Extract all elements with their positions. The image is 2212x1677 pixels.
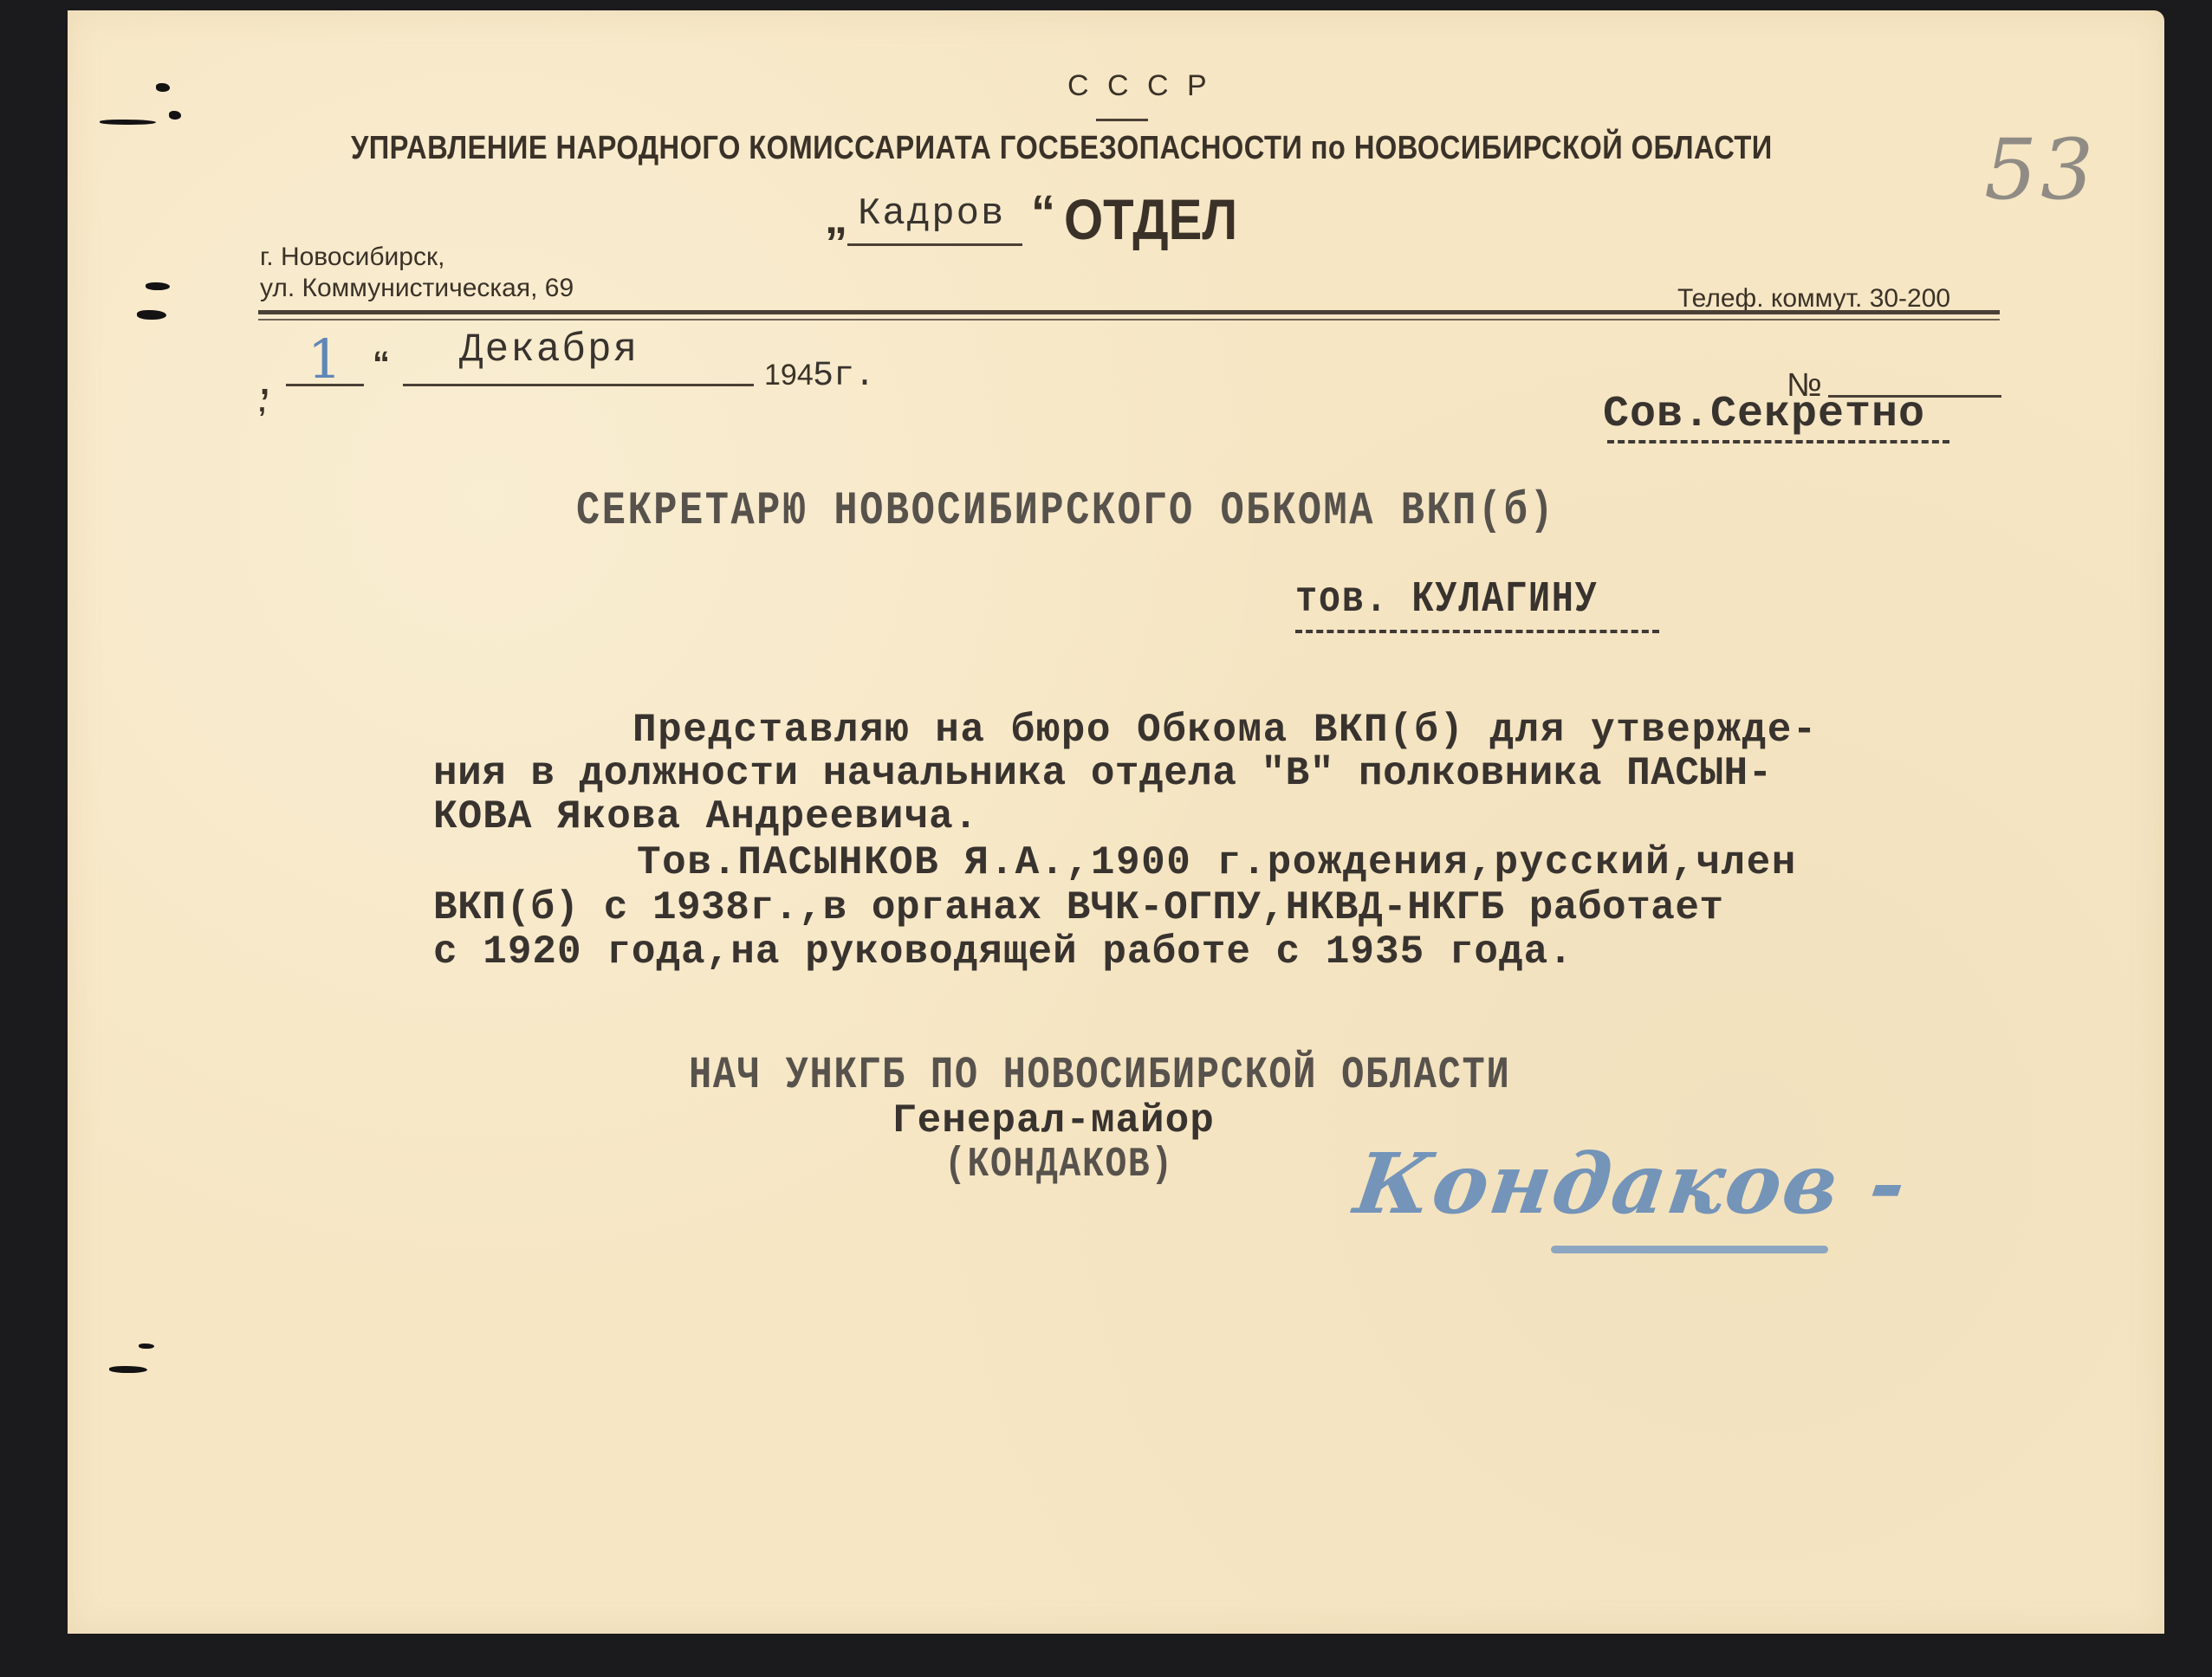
- letterhead-country: С С С Р: [1067, 69, 1212, 103]
- body-line: Представляю на бюро Обкома ВКП(б) для ут…: [632, 708, 1818, 753]
- punch-hole: [137, 310, 166, 320]
- letterhead-rule-thin: [258, 319, 2000, 321]
- country-underline: [1096, 119, 1148, 121]
- date-month-line: [403, 384, 754, 386]
- signatory-name: (КОНДАКОВ): [944, 1142, 1174, 1188]
- body-line: ния в должности начальника отдела "В" по…: [433, 751, 1773, 796]
- addressee-underline: [1295, 630, 1659, 637]
- addressee-line2: тов. КУЛАГИНУ: [1295, 575, 1599, 625]
- date-day: 1: [308, 327, 341, 391]
- address-city: г. Новосибирск,: [260, 243, 444, 272]
- punch-hole: [169, 111, 181, 120]
- address-street: ул. Коммунистическая, 69: [260, 274, 574, 303]
- addressee-line1: СЕКРЕТАРЮ НОВОСИБИРСКОГО ОБКОМА ВКП(б): [576, 485, 1555, 538]
- punch-hole: [139, 1344, 154, 1349]
- archive-page-number: 53: [1984, 121, 2097, 218]
- body-line: с 1920 года,на руководящей работе с 1935…: [433, 929, 1573, 974]
- punch-hole: [156, 83, 170, 92]
- signature-flourish: [1551, 1246, 1828, 1253]
- body-line: КОВА Якова Андреевича.: [433, 794, 978, 839]
- date-year-suffix: 5г.: [813, 357, 875, 396]
- letterhead-rule-thick: [258, 310, 2000, 314]
- letterhead-agency: УПРАВЛЕНИЕ НАРОДНОГО КОМИССАРИАТА ГОСБЕЗ…: [351, 130, 1773, 167]
- body-line: ВКП(б) с 1938г.,в органах ВЧК-ОГПУ,НКВД-…: [433, 885, 1724, 930]
- punch-hole: [100, 120, 156, 125]
- date-day-line: [286, 384, 364, 386]
- signatory-title: НАЧ УНКГБ ПО НОВОСИБИРСКОЙ ОБЛАСТИ: [689, 1050, 1510, 1101]
- date-close-quote: “: [373, 345, 390, 384]
- classification-stamp: Сов.Секретно: [1603, 390, 1925, 439]
- punch-hole: [109, 1366, 147, 1373]
- handwritten-signature: Кондаков -: [1349, 1135, 1913, 1233]
- department-open-quote: „: [825, 192, 847, 244]
- date-stray-comma: ,: [258, 386, 266, 418]
- signatory-rank: Генерал-майор: [892, 1098, 1215, 1143]
- body-line: Тов.ПАСЫНКОВ Я.А.,1900 г.рождения,русски…: [637, 840, 1797, 885]
- department-close-quote: “: [1031, 184, 1055, 240]
- department-name: Кадров: [858, 192, 1005, 236]
- phone-number: Телеф. коммут. 30-200: [1677, 284, 1950, 314]
- punch-hole: [146, 282, 170, 290]
- department-name-line: [847, 243, 1022, 246]
- classification-underline: [1607, 440, 1949, 447]
- date-month: Декабря: [459, 327, 639, 372]
- department-word: ОТДЕЛ: [1064, 186, 1237, 252]
- date-year-prefix: 194: [764, 359, 814, 392]
